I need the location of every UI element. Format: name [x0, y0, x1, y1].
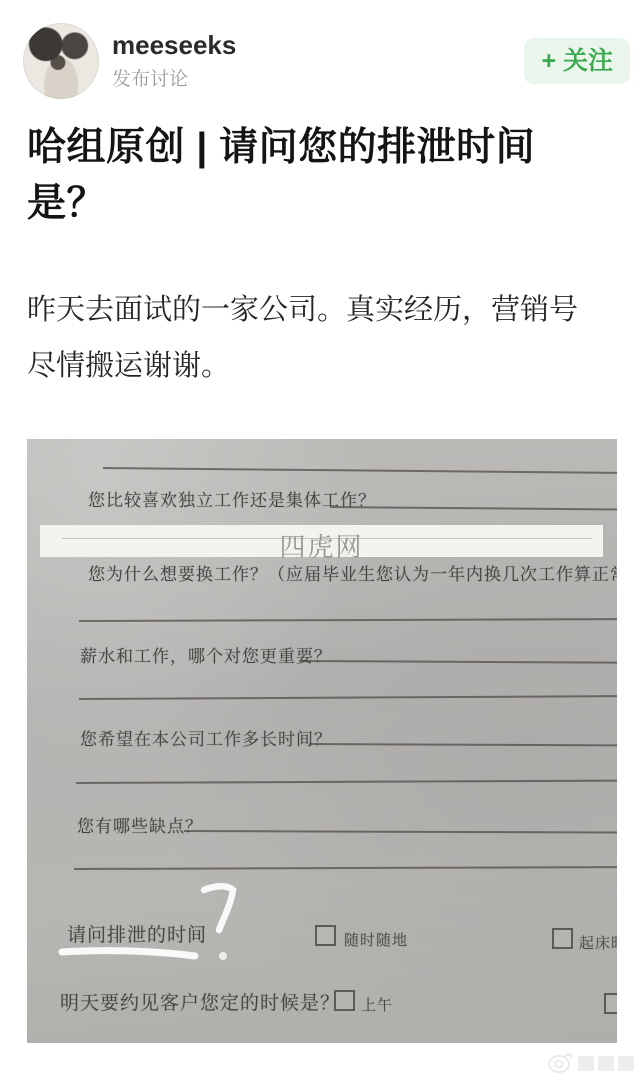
paper-line: [79, 618, 617, 622]
post-image[interactable]: 您比较喜欢独立工作还是集体工作？ 四虎网 您为什么想要换工作？（应届毕业生您认为…: [27, 439, 617, 1043]
checkbox-morning: [334, 990, 355, 1011]
post-title: 哈组原创 | 请问您的排泄时间 是？: [27, 120, 607, 232]
checkbox-wakeup: [552, 928, 573, 949]
follow-button[interactable]: + 关注: [524, 38, 630, 84]
paper-line: [103, 467, 617, 474]
paper-line: [74, 866, 617, 870]
answer-line: [299, 660, 617, 663]
question-text-3: 薪水和工作，哪个对您更重要？: [80, 642, 332, 667]
post-body: 昨天去面试的一家公司。真实经历，营销号 尽情搬运谢谢。: [27, 282, 617, 394]
user-subtitle: 发布讨论: [112, 64, 188, 91]
question-text-7: 明天要约见客户您定的时候是？: [60, 988, 340, 1015]
checkbox-label: 上午: [361, 994, 393, 1015]
checkbox-anytime: [315, 925, 336, 946]
weibo-watermark: [548, 1049, 636, 1075]
username[interactable]: meeseeks: [112, 30, 236, 61]
watermark-char-block: [618, 1056, 634, 1071]
marker-dot: [219, 952, 227, 960]
question-text-2: 您为什么想要换工作？（应届毕业生您认为一年内换几次工作算正常: [88, 560, 617, 585]
watermark-char-block: [578, 1056, 594, 1071]
checkbox-cutoff: [604, 993, 617, 1014]
marker-underline: [62, 951, 195, 956]
question-text-4: 您希望在本公司工作多长时间？: [80, 725, 332, 750]
site-watermark: 四虎网: [40, 527, 603, 564]
checkbox-label: 起床时: [579, 932, 617, 953]
answer-line: [309, 743, 617, 746]
paper-line: [76, 780, 617, 784]
avatar[interactable]: [23, 23, 99, 99]
paper-line: [79, 695, 617, 700]
checkbox-label: 随时随地: [344, 929, 408, 950]
watermark-char-block: [598, 1056, 614, 1071]
post-card: meeseeks 发布讨论 + 关注 哈组原创 | 请问您的排泄时间 是？ 昨天…: [0, 0, 641, 1080]
weibo-watermark-icon: [548, 1051, 572, 1073]
watermark-band: 四虎网: [40, 525, 603, 557]
question-text-6: 请问排泄的时间: [67, 920, 207, 947]
question-text-5: 您有哪些缺点？: [77, 812, 203, 837]
answer-line: [184, 830, 617, 833]
